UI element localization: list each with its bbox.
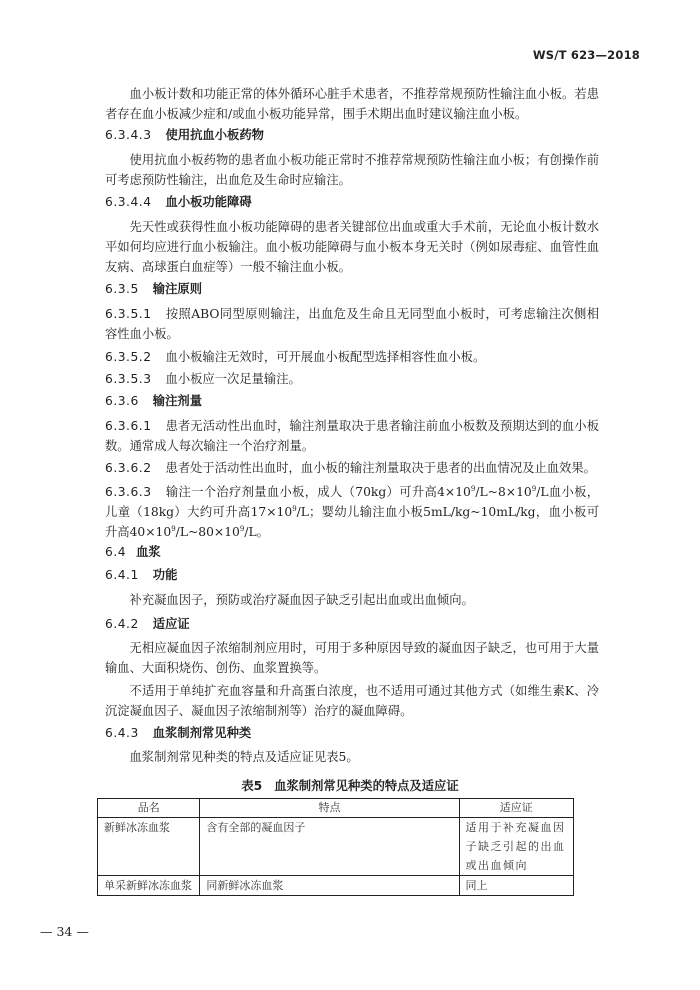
clause-6-3-6-3: 6.3.6.3输注一个治疗剂量血小板，成人（70kg）可升高4×109/L~8×… [105, 482, 599, 542]
heading-6-3-4-4: 6.3.4.4血小板功能障碍 [105, 192, 599, 212]
paragraph-6-3-4-3: 使用抗血小板药物的患者血小板功能正常时不推荐常规预防性输注血小板；有创操作前可考… [105, 150, 599, 190]
standard-code: WS/T 623—2018 [533, 48, 640, 62]
paragraph-6-3-4-4: 先天性或获得性血小板功能障碍的患者关键部位出血或重大手术前，无论血小板计数水平如… [105, 217, 599, 277]
paragraph-intro: 血小板计数和功能正常的体外循环心脏手术患者，不推荐常规预防性输注血小板。若患者存… [105, 84, 599, 124]
table-header-row: 品名 特点 适应证 [98, 799, 574, 818]
table-row: 单采新鲜冰冻血浆 同新鲜冰冻血浆 同上 [98, 876, 574, 896]
clause-6-3-5-3: 6.3.5.3血小板应一次足量输注。 [105, 369, 599, 389]
cell-features: 含有全部的凝血因子 [200, 818, 459, 876]
heading-6-4-3: 6.4.3血浆制剂常见种类 [105, 723, 599, 743]
cell-indications: 适用于补充凝血因子缺乏引起的出血或出血倾向 [459, 818, 574, 876]
page-number: — 34 — [40, 924, 89, 939]
paragraph-6-4-1: 补充凝血因子，预防或治疗凝血因子缺乏引起出血或出血倾向。 [105, 590, 599, 610]
cell-indications: 同上 [459, 876, 574, 896]
paragraph-6-4-3: 血浆制剂常见种类的特点及适应证见表5。 [105, 747, 599, 767]
column-header-features: 特点 [200, 799, 459, 818]
table-row: 新鲜冰冻血浆 含有全部的凝血因子 适用于补充凝血因子缺乏引起的出血或出血倾向 [98, 818, 574, 876]
table-5: 品名 特点 适应证 新鲜冰冻血浆 含有全部的凝血因子 适用于补充凝血因子缺乏引起… [97, 798, 574, 896]
column-header-indications: 适应证 [459, 799, 574, 818]
column-header-name: 品名 [98, 799, 200, 818]
clause-6-3-5-2: 6.3.5.2血小板输注无效时，可开展血小板配型选择相容性血小板。 [105, 347, 599, 367]
heading-6-4-2: 6.4.2适应证 [105, 614, 599, 634]
cell-features: 同新鲜冰冻血浆 [200, 876, 459, 896]
heading-6-4-1: 6.4.1功能 [105, 565, 599, 585]
cell-name: 新鲜冰冻血浆 [98, 818, 200, 876]
clause-6-3-5-1: 6.3.5.1按照ABO同型原则输注，出血危及生命且无同型血小板时，可考虑输注次… [105, 304, 599, 344]
clause-6-3-6-1: 6.3.6.1患者无活动性出血时，输注剂量取决于患者输注前血小板数及预期达到的血… [105, 416, 599, 456]
paragraph-6-4-2-a: 无相应凝血因子浓缩制剂应用时，可用于多种原因导致的凝血因子缺乏，也可用于大量输血… [105, 638, 599, 678]
heading-6-3-4-3: 6.3.4.3使用抗血小板药物 [105, 125, 599, 145]
document-page: WS/T 623—2018 血小板计数和功能正常的体外循环心脏手术患者，不推荐常… [0, 0, 700, 990]
table-5-caption: 表5血浆制剂常见种类的特点及适应证 [0, 776, 700, 794]
heading-6-3-6: 6.3.6输注剂量 [105, 391, 599, 411]
paragraph-6-4-2-b: 不适用于单纯扩充血容量和升高蛋白浓度，也不适用可通过其他方式（如维生素K、冷沉淀… [105, 681, 599, 721]
heading-6-4: 6.4血浆 [105, 542, 599, 562]
clause-6-3-6-2: 6.3.6.2患者处于活动性出血时，血小板的输注剂量取决于患者的出血情况及止血效… [105, 458, 599, 478]
heading-6-3-5: 6.3.5输注原则 [105, 279, 599, 299]
cell-name: 单采新鲜冰冻血浆 [98, 876, 200, 896]
